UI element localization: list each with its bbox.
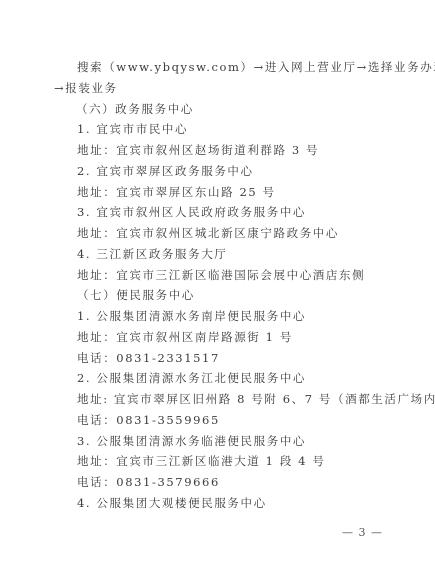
list-item: 4. 三江新区政务服务大厅 xyxy=(77,247,227,261)
phone-line: 电话：0831-3559965 xyxy=(77,413,220,427)
paragraph-continuation: →报装业务 xyxy=(54,81,118,95)
address-line: 地址：宜宾市翠屏区东山路 25 号 xyxy=(77,185,276,199)
list-item: 1. 宜宾市市民中心 xyxy=(77,122,188,136)
list-item: 4. 公服集团大观楼便民服务中心 xyxy=(77,496,267,510)
list-item: 2. 宜宾市翠屏区政务服务中心 xyxy=(77,164,254,178)
list-item: 3. 公服集团清源水务临港便民服务中心 xyxy=(77,434,306,448)
document-page: 搜索（www.ybqysw.com）→进入网上营业厅→选择业务办理 →报装业务 … xyxy=(0,0,435,580)
list-item: 3. 宜宾市叙州区人民政府政务服务中心 xyxy=(77,205,306,219)
section-heading-government-service: （六）政务服务中心 xyxy=(76,102,194,116)
address-line: 地址: 宜宾市翠屏区旧州路 8 号附 6、7 号（酒都生活广场内） xyxy=(77,392,435,406)
address-line: 地址：宜宾市叙州区南岸路源街 1 号 xyxy=(77,330,293,344)
list-item: 2. 公服集团清源水务江北便民服务中心 xyxy=(77,371,306,385)
address-line: 地址：宜宾市三江新区临港国际会展中心酒店东侧 xyxy=(77,268,365,282)
phone-line: 电话：0831-2331517 xyxy=(77,351,220,365)
address-line: 地址：宜宾市三江新区临港大道 1 段 4 号 xyxy=(77,454,325,468)
list-item: 1. 公服集团清源水务南岸便民服务中心 xyxy=(77,309,306,323)
section-heading-convenience-service: （七）便民服务中心 xyxy=(77,288,195,302)
paragraph-line: 搜索（www.ybqysw.com）→进入网上营业厅→选择业务办理 xyxy=(77,60,435,74)
page-number: — 3 — xyxy=(342,526,383,540)
address-line: 地址：宜宾市叙州区城北新区康宁路政务中心 xyxy=(77,226,339,240)
phone-line: 电话：0831-3579666 xyxy=(77,475,220,489)
address-line: 地址：宜宾市叙州区赵场街道利群路 3 号 xyxy=(77,143,319,157)
